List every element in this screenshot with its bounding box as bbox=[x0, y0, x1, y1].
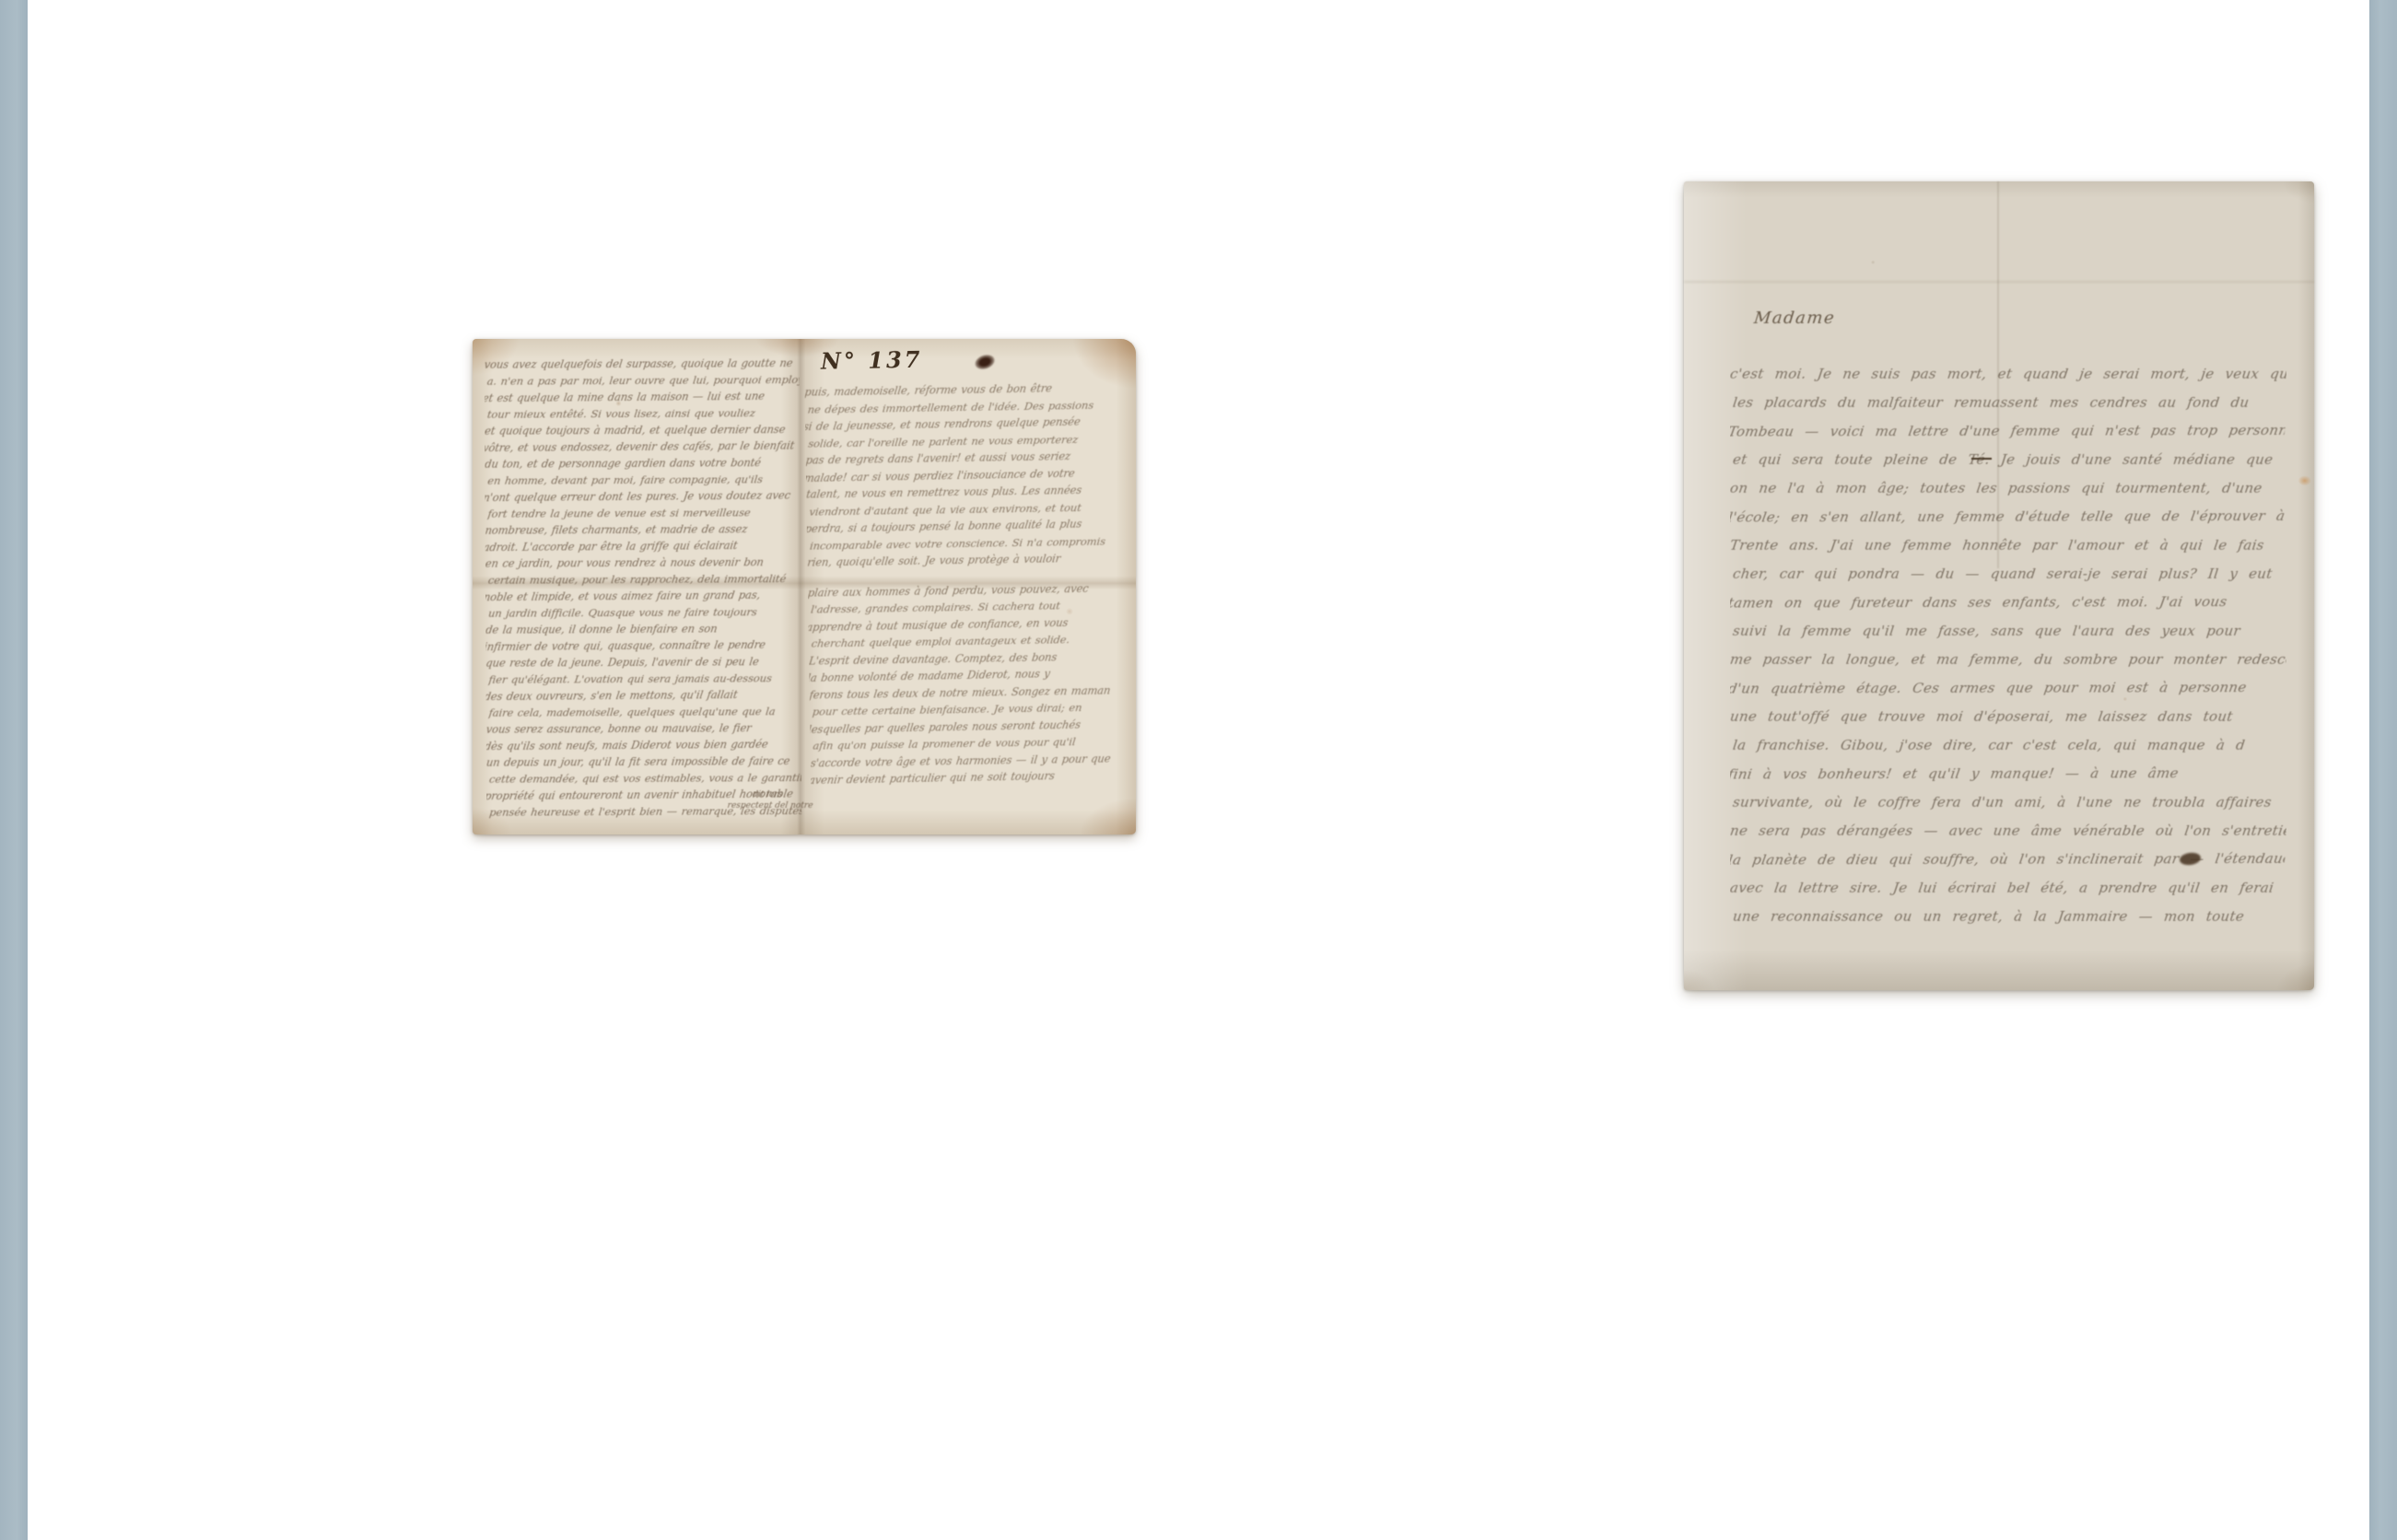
handwriting-line: cher, car qui pondra — du — quand serai-… bbox=[1731, 560, 2286, 589]
handwriting-line: un jardin difficile. Quasque vous ne fai… bbox=[487, 603, 801, 622]
handwriting-line: d'un quatrième étage. Ces armes que pour… bbox=[1730, 673, 2286, 704]
handwriting-line: un depuis un jour, qu'il la fit sera imp… bbox=[485, 752, 802, 771]
handwriting-line: des deux ouvreurs, s'en le mettons, qu'i… bbox=[485, 686, 801, 706]
handwriting-line: fort tendre la jeune de venue est si mer… bbox=[487, 504, 802, 522]
inventory-number: N° 137 bbox=[821, 346, 923, 375]
handwriting-line: l'école; en s'en allant, une femme d'étu… bbox=[1730, 502, 2286, 532]
handwriting-line: c'est moi. Je ne suis pas mort, et quand… bbox=[1730, 360, 2286, 389]
handwriting-line: cette demandée, qui est vos estimables, … bbox=[488, 769, 801, 787]
handwriting-line: les placards du malfaiteur remuassent me… bbox=[1731, 389, 2286, 417]
horizontal-fold-line bbox=[1684, 281, 2314, 283]
handwriting-line: on ne l'a à mon âge; toutes les passions… bbox=[1730, 474, 2286, 503]
handwriting-line: noble et limpide, et vous aimez faire un… bbox=[485, 587, 801, 606]
handwriting-line: vous avez quelquefois del surpasse, quoi… bbox=[485, 355, 801, 373]
handwriting-line: fini à vos bonheurs! et qu'il y manque! … bbox=[1730, 759, 2286, 789]
handwriting-line: une tout'offé que trouve moi d'époserai,… bbox=[1730, 703, 2286, 731]
salutation: Madame bbox=[1753, 309, 1836, 328]
handwriting-line: tour mieux entêté. Si vous lisez, ainsi … bbox=[486, 404, 801, 423]
handwriting-line: faire cela, mademoiselle, quelques quelq… bbox=[488, 703, 802, 721]
handwriting-line: avec la lettre sire. Je lui écrirai bel … bbox=[1730, 874, 2286, 903]
manuscript-right-page-upper: puis, mademoiselle, réforme vous de bon … bbox=[804, 379, 1128, 571]
handwriting-line: en ce jardin, pour vous rendrez à nous d… bbox=[485, 554, 801, 572]
handwriting-line: que reste de la jeune. Depuis, l'avenir … bbox=[485, 653, 801, 671]
handwriting-line: et est quelque la mine dans la maison — … bbox=[485, 388, 800, 407]
underline-mark bbox=[1971, 458, 1992, 460]
handwriting-line: du ton, et de personnage gardien dans vo… bbox=[485, 454, 801, 472]
handwriting-line: adroit. L'accorde par être la griffe qui… bbox=[485, 537, 801, 556]
handwriting-line: une reconnaissance ou un regret, à la Ja… bbox=[1731, 903, 2286, 931]
handwriting-line: Tombeau — voici ma lettre d'une femme qu… bbox=[1730, 416, 2286, 447]
handwriting-line: me passer la longue, et ma femme, du som… bbox=[1730, 646, 2286, 674]
handwriting-line: de la musique, il donne le bienfaire en … bbox=[485, 620, 801, 638]
manuscript-right-page: puis, mademoiselle, réforme vous de bon … bbox=[804, 379, 1131, 816]
handwriting-line: ne sera pas dérangées — avec une âme vén… bbox=[1730, 817, 2286, 846]
handwriting-line: n'ont quelque erreur dont les pures. Je … bbox=[485, 487, 800, 507]
handwriting-line: dès qu'ils sont neufs, mais Diderot vous… bbox=[485, 736, 801, 755]
manuscript-letter-single: Madame c'est moi. Je ne suis pas mort, e… bbox=[1684, 181, 2314, 990]
page-edge-strip-left bbox=[0, 0, 28, 1540]
handwriting-line: suivi la femme qu'il me fasse, sans que … bbox=[1731, 617, 2286, 646]
handwriting-line: et quoique toujours à madrid, et quelque… bbox=[485, 421, 801, 439]
handwriting-line: infirmier de votre qui, quasque, connaît… bbox=[485, 636, 801, 656]
letter-body: c'est moi. Je ne suis pas mort, et quand… bbox=[1730, 360, 2286, 950]
page-edge-strip-right bbox=[2369, 0, 2397, 1540]
handwriting-line: tamen on que fureteur dans ses enfants, … bbox=[1730, 588, 2286, 618]
manuscript-left-page: vous avez quelquefois del surpasse, quoi… bbox=[485, 355, 802, 822]
catalog-page: vous avez quelquefois del surpasse, quoi… bbox=[0, 0, 2397, 1540]
handwriting-line: vous serez assurance, bonne ou mauvaise,… bbox=[485, 719, 802, 738]
handwriting-line: vôtre, et vous endossez, devenir des caf… bbox=[485, 437, 800, 457]
handwriting-line: Trente ans. J'ai une femme honnête par l… bbox=[1730, 531, 2286, 560]
manuscript-letter-spread: vous avez quelquefois del surpasse, quoi… bbox=[473, 339, 1136, 834]
handwriting-line: en homme, devant par moi, faire compagni… bbox=[486, 471, 801, 489]
handwriting-line: la planète de dieu qui souffre, où l'on … bbox=[1730, 845, 2286, 875]
handwriting-line: survivante, où le coffre fera d'un ami, … bbox=[1731, 788, 2286, 817]
handwriting-line: la franchise. Gibou, j'ose dire, car c'e… bbox=[1731, 731, 2286, 760]
handwriting-line: a. n'en a pas par moi, leur ouvre que lu… bbox=[486, 371, 802, 390]
ink-blot-mark bbox=[974, 352, 998, 371]
handwriting-line: fier qu'élégant. L'ovation qui sera jama… bbox=[487, 670, 801, 688]
handwriting-line: certain musique, pour les rapprochez, de… bbox=[487, 570, 801, 589]
manuscript-header: N° 137 bbox=[821, 344, 996, 374]
manuscript-right-page-lower: plaire aux hommes à fond perdu, vous pou… bbox=[808, 579, 1131, 788]
handwriting-line: nombreuse, filets charmants, et madrie d… bbox=[485, 520, 801, 539]
handwriting-line: et qui sera toute pleine de Té. Je jouis… bbox=[1731, 446, 2286, 474]
